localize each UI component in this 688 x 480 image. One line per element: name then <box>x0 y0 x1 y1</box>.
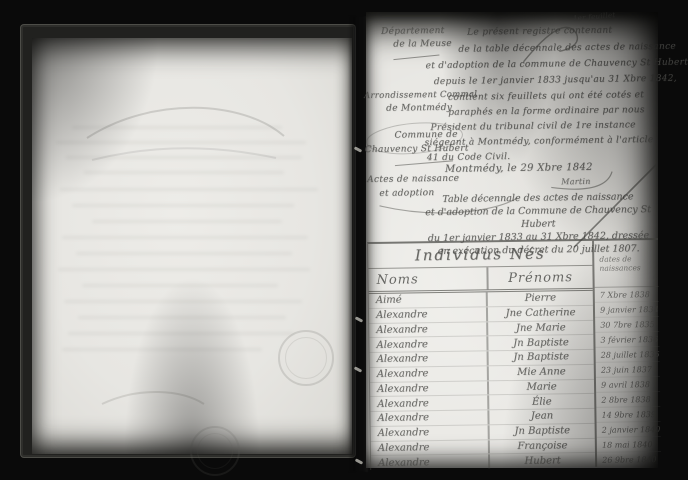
cell-nom: Alexandre <box>369 322 488 337</box>
cell-prenom: Jn Baptiste <box>489 350 594 365</box>
cell-prenom: Mie Anne <box>489 365 594 380</box>
certificate-line2: de la table décennale des actes de naiss… <box>458 43 676 55</box>
bleed-through-line <box>92 220 282 223</box>
certificate-line7: Président du tribunal civil de 1re insta… <box>430 121 635 133</box>
margin-arrondissement-line2: de Montmédy <box>386 104 452 114</box>
decennial-table: Individus Nés Noms Prénoms AiméPierre Al… <box>367 238 661 470</box>
table-group-header: Individus Nés <box>368 241 592 269</box>
table-row: AlexandreHubert <box>371 453 595 470</box>
certificate-line9: 41 du Code Civil. <box>427 153 511 163</box>
cell-nom: Aimé <box>369 292 488 307</box>
bleed-through-line <box>82 284 278 287</box>
column-header-noms: Noms <box>368 267 488 291</box>
cell-date: 3 février 1836 <box>595 332 659 348</box>
dates-rows: 7 Xbre 1838 9 janvier 1834 30 7bre 1835 … <box>595 287 661 467</box>
margin-acte-line1: Actes de naissance <box>367 175 459 185</box>
column-header-dates: dates de naissances <box>594 240 659 288</box>
cell-date: 7 Xbre 1838 <box>595 287 659 303</box>
scanned-register-photo: 1er feuillet Département de la Meuse Arr… <box>0 0 688 480</box>
bleed-through-line <box>72 204 294 207</box>
archive-stamp <box>190 426 240 476</box>
bleed-through-line <box>68 332 294 335</box>
certificate-line6: paraphés en la forme ordinaire par nous <box>448 106 645 118</box>
title-line2: et d'adoption de la Commune de Chauvency… <box>421 203 656 232</box>
cell-prenom: Marie <box>489 379 594 394</box>
cell-date: 30 7bre 1835 <box>595 317 659 333</box>
cell-prenom: Jne Catherine <box>488 306 593 321</box>
right-register-page: 1er feuillet Département de la Meuse Arr… <box>366 12 658 468</box>
pencil-marks <box>32 38 352 454</box>
bleed-through-line <box>72 126 282 129</box>
bleed-through-line <box>64 300 302 303</box>
cell-nom: Alexandre <box>371 440 490 455</box>
cell-prenom: Pierre <box>488 291 593 306</box>
bleed-through-line <box>62 236 308 239</box>
bleed-through-line <box>62 348 262 351</box>
certificate-line4: depuis le 1er janvier 1833 jusqu'au 31 X… <box>434 75 677 87</box>
cell-nom: Alexandre <box>370 351 489 366</box>
cell-prenom: Jean <box>489 409 594 424</box>
bleed-through-line <box>58 268 310 271</box>
cell-nom: Alexandre <box>370 381 489 396</box>
bleed-through-line <box>78 316 286 319</box>
archive-stamp <box>278 330 334 386</box>
certificate-dateline: Montmédy, le 29 Xbre 1842 <box>445 163 593 175</box>
cell-nom: Alexandre <box>369 337 488 352</box>
table-dates-section: dates de naissances 7 Xbre 1838 9 janvie… <box>592 238 661 467</box>
table-left-section: Individus Nés Noms Prénoms AiméPierre Al… <box>367 239 595 470</box>
cell-date: 2 janvier 1840 <box>597 422 661 438</box>
margin-departement-line2: de la Meuse <box>393 40 452 50</box>
bleed-through-line <box>66 156 302 159</box>
certificate-line1: Le présent registre contenant <box>467 27 612 38</box>
cell-date: 26 9bre 1840 <box>597 452 661 467</box>
margin-departement-line1: Département <box>381 27 445 37</box>
table-rows: AiméPierre AlexandreJne Catherine Alexan… <box>369 291 596 470</box>
cell-nom: Alexandre <box>370 410 489 425</box>
cell-date: 18 mai 1840 <box>597 437 661 453</box>
cell-date: 9 janvier 1834 <box>595 302 659 318</box>
cell-nom: Alexandre <box>371 425 490 440</box>
president-signature: Martin <box>561 178 591 186</box>
cell-nom: Alexandre <box>370 366 489 381</box>
bleed-through-line <box>60 188 318 191</box>
cell-nom: Alexandre <box>370 396 489 411</box>
cell-nom: Alexandre <box>369 307 488 322</box>
cell-prenom: Françoise <box>490 438 595 453</box>
right-page-content: 1er feuillet Département de la Meuse Arr… <box>363 10 661 470</box>
cell-date: 2 8bre 1838 <box>596 392 660 408</box>
folio-label: 1er feuillet <box>573 12 616 23</box>
column-header-prenoms: Prénoms <box>488 266 592 289</box>
cell-date: 14 9bre 1839 <box>596 407 660 423</box>
cell-date: 23 juin 1837 <box>596 362 660 378</box>
bleed-through-line <box>76 252 292 255</box>
bleed-through-line <box>84 171 284 174</box>
cell-nom: Alexandre <box>371 455 490 470</box>
cell-prenom: Hubert <box>490 453 595 468</box>
cell-date: 9 avril 1838 <box>596 377 660 393</box>
left-blank-page <box>32 38 352 454</box>
certificate-line3: et d'adoption de la commune de Chauvency… <box>426 59 688 72</box>
cell-prenom: Jn Baptiste <box>490 424 595 439</box>
bleed-through-line <box>56 141 306 144</box>
certificate-line8: siégeant à Montmédy, conformément à l'ar… <box>425 136 654 148</box>
table-subheaders: Noms Prénoms <box>368 266 592 294</box>
certificate-line5: contient six feuillets qui ont été cotés… <box>448 91 644 103</box>
cell-date: 28 juillet 1836 <box>596 347 660 363</box>
cell-prenom: Jne Marie <box>488 320 593 335</box>
cell-prenom: Jn Baptiste <box>488 335 593 350</box>
cell-prenom: Élie <box>489 394 594 409</box>
